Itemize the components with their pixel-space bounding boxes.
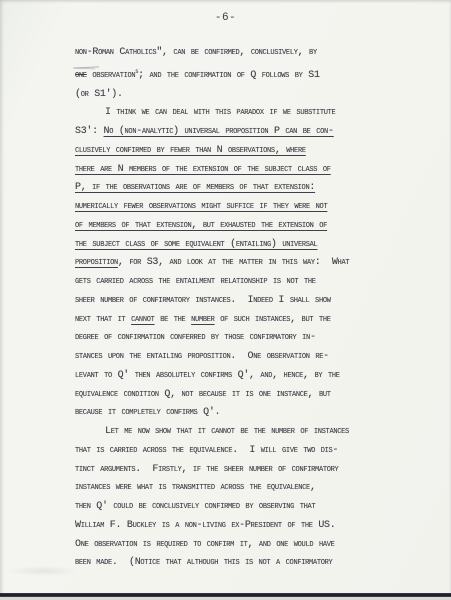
text-line: S3': No (non-analytic) universal proposi…: [75, 123, 441, 142]
text-line: because it completely confirms Q'.: [75, 404, 441, 423]
text-segment: William F. Buckley is a non-living ex-Pr…: [75, 520, 335, 531]
text-segment: S3':: [75, 126, 104, 137]
pencil-annotation-icon: [73, 62, 101, 70]
text-line: gets carried across the entailment relat…: [75, 273, 441, 292]
text-line: William F. Buckley is a non-living ex-Pr…: [75, 517, 441, 536]
text-line: sheer number of confirmatory instances. …: [75, 292, 441, 311]
text-segment: (or S1').: [75, 89, 123, 100]
text-segment: gets carried across the entailment relat…: [75, 276, 316, 287]
text-line: One observation is required to confirm i…: [75, 536, 441, 555]
text-segment: sheer number of confirmatory instances. …: [75, 295, 331, 306]
text-segment: degree of confirmation conferred by thos…: [75, 332, 316, 343]
text-segment: then Q' could be conclusively confirmed …: [75, 501, 315, 512]
underlined-text: there are N members of the extension of …: [75, 164, 331, 175]
manuscript-page: -6- non-Roman Catholics", can be confirm…: [0, 0, 451, 600]
text-line: equivalence condition Q, not because it …: [75, 386, 441, 405]
text-segment: non-Roman Catholics", can be confirmed, …: [75, 47, 317, 58]
scan-smudge: [8, 566, 78, 576]
underlined-text: cannot: [131, 314, 154, 325]
text-segment: tinct arguments. Firstly, if the sheer n…: [75, 464, 338, 475]
text-line: degree of confirmation conferred by thos…: [75, 329, 441, 348]
text-segment: next that it: [75, 314, 131, 325]
page-number: -6-: [0, 12, 451, 24]
text-segment: that is carried across the equivalence. …: [75, 445, 338, 456]
text-segment: of such instances, but the: [215, 314, 331, 325]
underlined-text: the subject class of some equivalent (en…: [75, 239, 317, 250]
underlined-text: P, if the observations are of members of…: [75, 182, 315, 193]
text-segment: levant to Q' then absolutely confirms Q'…: [75, 370, 340, 381]
text-line: that is carried across the equivalence. …: [75, 442, 441, 461]
text-segment: because it completely confirms Q'.: [75, 407, 220, 418]
text-line: Let me now show that it cannot be the nu…: [75, 423, 441, 442]
text-segment: instances were what is transmitted acros…: [75, 482, 316, 493]
text-line: of members of that extension, but exhaus…: [75, 217, 441, 236]
text-line: numerically fewer observations might suf…: [75, 198, 441, 217]
text-segment: equivalence condition Q, not because it …: [75, 389, 331, 400]
text-line: stances upon the entailing proposition. …: [75, 348, 441, 367]
text-line: there are N members of the extension of …: [75, 161, 441, 180]
text-segment: , for S3, and look at the matter in this…: [118, 257, 349, 268]
text-line: the subject class of some equivalent (en…: [75, 236, 441, 255]
text-segment: Let me now show that it cannot be the nu…: [105, 426, 349, 437]
text-body: non-Roman Catholics", can be confirmed, …: [75, 44, 441, 573]
struck-word: one: [75, 70, 87, 81]
text-segment: ; and the confirmation of Q follows by S…: [138, 70, 320, 81]
text-line: tinct arguments. Firstly, if the sheer n…: [75, 461, 441, 480]
text-line: (or S1').: [75, 86, 441, 105]
text-line: been made. (Notice that although this is…: [75, 554, 441, 573]
text-line: non-Roman Catholics", can be confirmed, …: [75, 44, 441, 63]
text-line: then Q' could be conclusively confirmed …: [75, 498, 441, 517]
underlined-text: proposition: [75, 257, 118, 268]
text-line: P, if the observations are of members of…: [75, 179, 441, 198]
scan-bottom-edge: [0, 593, 451, 597]
underlined-text: clusively confirmed by fewer than N obse…: [75, 145, 306, 156]
underlined-text: numerically fewer observations might suf…: [75, 201, 327, 212]
text-segment: observation: [87, 70, 136, 81]
text-segment: be the: [155, 314, 192, 325]
text-line: proposition, for S3, and look at the mat…: [75, 254, 441, 273]
underlined-text: of members of that extension, but exhaus…: [75, 220, 327, 231]
text-segment: One observation is required to confirm i…: [75, 539, 335, 550]
text-segment: stances upon the entailing proposition. …: [75, 351, 329, 362]
text-line: next that it cannot be the number of suc…: [75, 311, 441, 330]
underlined-text: No (non-analytic) universal proposition …: [104, 126, 334, 137]
underlined-text: number: [191, 314, 214, 325]
text-segment: I think we can deal with this paradox if…: [105, 107, 335, 118]
text-line: one observations; and the confirmation o…: [75, 63, 441, 86]
text-segment: been made. (Notice that although this is…: [75, 557, 332, 568]
text-line: clusively confirmed by fewer than N obse…: [75, 142, 441, 161]
text-line: I think we can deal with this paradox if…: [75, 104, 441, 123]
text-line: instances were what is transmitted acros…: [75, 479, 441, 498]
text-line: levant to Q' then absolutely confirms Q'…: [75, 367, 441, 386]
